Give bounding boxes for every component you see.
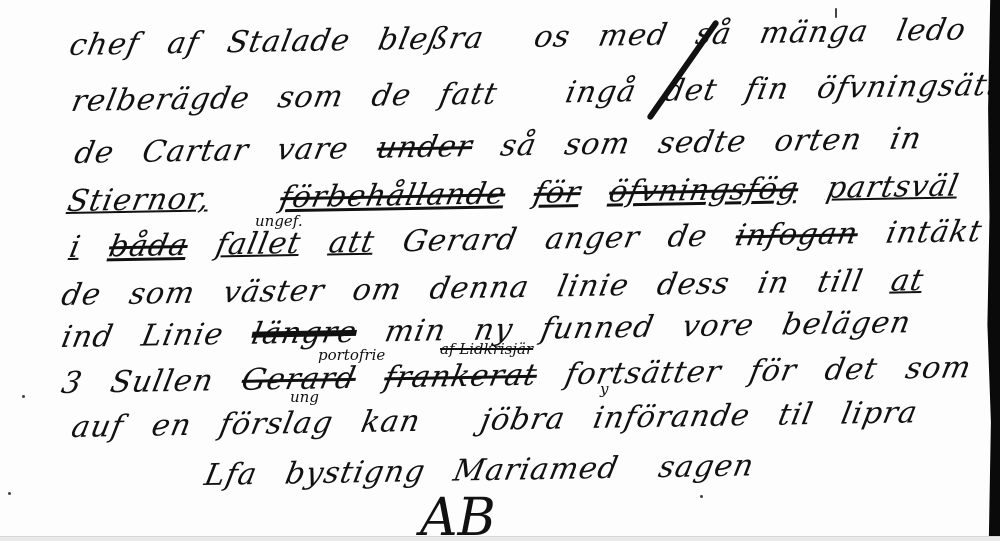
struck-word: för xyxy=(531,175,585,211)
word: Lfa xyxy=(202,457,261,493)
word: en xyxy=(149,408,195,444)
word: Stalade xyxy=(224,23,353,60)
word: til xyxy=(775,397,816,433)
word: till xyxy=(814,264,866,300)
manuscript-page: chef af Stalade bleßra os med så mänga l… xyxy=(0,0,1000,541)
struck-word: frankerat xyxy=(381,358,540,396)
paper-speck xyxy=(835,8,837,18)
word: os xyxy=(531,19,573,55)
paper-speck xyxy=(700,495,703,498)
word: Cartar xyxy=(139,133,252,170)
word: anger xyxy=(542,220,643,257)
struck-word: båda xyxy=(106,228,191,264)
word: som xyxy=(126,276,198,312)
word: Linie xyxy=(139,317,227,353)
insertion-struck: af Lidkrisjär xyxy=(440,340,533,358)
word: mänga xyxy=(757,14,872,51)
manuscript-line-3: de Cartar vare under så som sedte orten … xyxy=(72,121,943,171)
word: Mariamed xyxy=(450,451,621,489)
word: dess xyxy=(654,266,733,302)
word: Sullen xyxy=(107,363,216,400)
bottom-border xyxy=(0,536,1000,541)
word: chef xyxy=(67,27,143,63)
word: som xyxy=(903,350,975,386)
word: denna xyxy=(427,270,533,307)
manuscript-line-9: auf en förslag kan jöbra införande til l… xyxy=(69,395,939,445)
word: in xyxy=(755,265,793,301)
word: partsväl xyxy=(824,169,963,206)
word: fatt xyxy=(436,77,500,113)
manuscript-line-1: chef af Stalade bleßra os med så mänga l… xyxy=(67,12,988,63)
insertion-ung: ung xyxy=(290,388,319,406)
word: intäkt xyxy=(883,214,985,251)
manuscript-line-6: de som väster om denna linie dess in til… xyxy=(59,263,945,313)
word: fortsätter xyxy=(562,355,724,393)
word: bleßra xyxy=(375,21,487,58)
word: ind xyxy=(59,319,117,355)
word: Gerard xyxy=(400,222,521,259)
word: med xyxy=(595,18,670,54)
word: sedte xyxy=(655,124,749,161)
word: funned xyxy=(538,310,657,347)
word: 3 xyxy=(59,366,86,401)
word: fallet xyxy=(213,226,304,262)
word: af xyxy=(164,26,202,62)
word: öfvningsätt xyxy=(814,68,1000,106)
word: som xyxy=(275,79,347,115)
word: Stiernor, xyxy=(65,182,214,219)
word: bystigng xyxy=(282,454,428,491)
word: i xyxy=(67,230,84,265)
word: så xyxy=(498,128,540,164)
paper-speck xyxy=(8,492,11,495)
word: införande xyxy=(590,398,753,436)
word: väster xyxy=(220,273,328,310)
word: för xyxy=(746,353,800,389)
word: in xyxy=(887,121,925,157)
word: vare xyxy=(274,131,352,167)
word: kan xyxy=(358,404,423,440)
word: sagen xyxy=(656,448,758,485)
struck-word: öfvningsfög xyxy=(606,171,802,209)
word: de xyxy=(59,277,105,313)
word: de xyxy=(72,135,118,171)
word: at xyxy=(888,263,927,299)
manuscript-line-4: Stiernor, förbehållande för öfvningsfög … xyxy=(65,168,981,219)
paper-speck xyxy=(22,395,25,398)
word: fin xyxy=(742,72,792,108)
word: relberägde xyxy=(69,81,254,119)
struck-word: infogan xyxy=(733,216,862,253)
word: vore xyxy=(679,308,757,344)
word: linie xyxy=(554,268,632,304)
word: att xyxy=(326,225,378,261)
word: om xyxy=(350,272,406,308)
word: lipra xyxy=(838,395,921,431)
word: de xyxy=(369,78,415,114)
word: belägen xyxy=(779,305,914,342)
struck-word: förbehållande xyxy=(277,176,509,215)
insertion-y: y xyxy=(600,380,608,398)
manuscript-line-2: relberägde som de fatt ingå det fin öfvn… xyxy=(69,68,1000,119)
word: som xyxy=(562,126,634,162)
struck-word: under xyxy=(374,129,476,166)
word: jöbra xyxy=(478,401,569,437)
manuscript-line-10: Lfa bystigng Mariamed sagen xyxy=(202,448,776,493)
word: förslag xyxy=(217,405,337,442)
word: ledo xyxy=(894,12,970,48)
signature-monogram: AB xyxy=(420,488,496,541)
word: de xyxy=(665,219,711,255)
word: auf xyxy=(69,409,127,445)
word: ingå xyxy=(563,74,640,110)
manuscript-line-5: i båda fallet att Gerard anger de infoga… xyxy=(67,214,1000,265)
word: det xyxy=(822,352,881,388)
word: orten xyxy=(772,122,866,159)
